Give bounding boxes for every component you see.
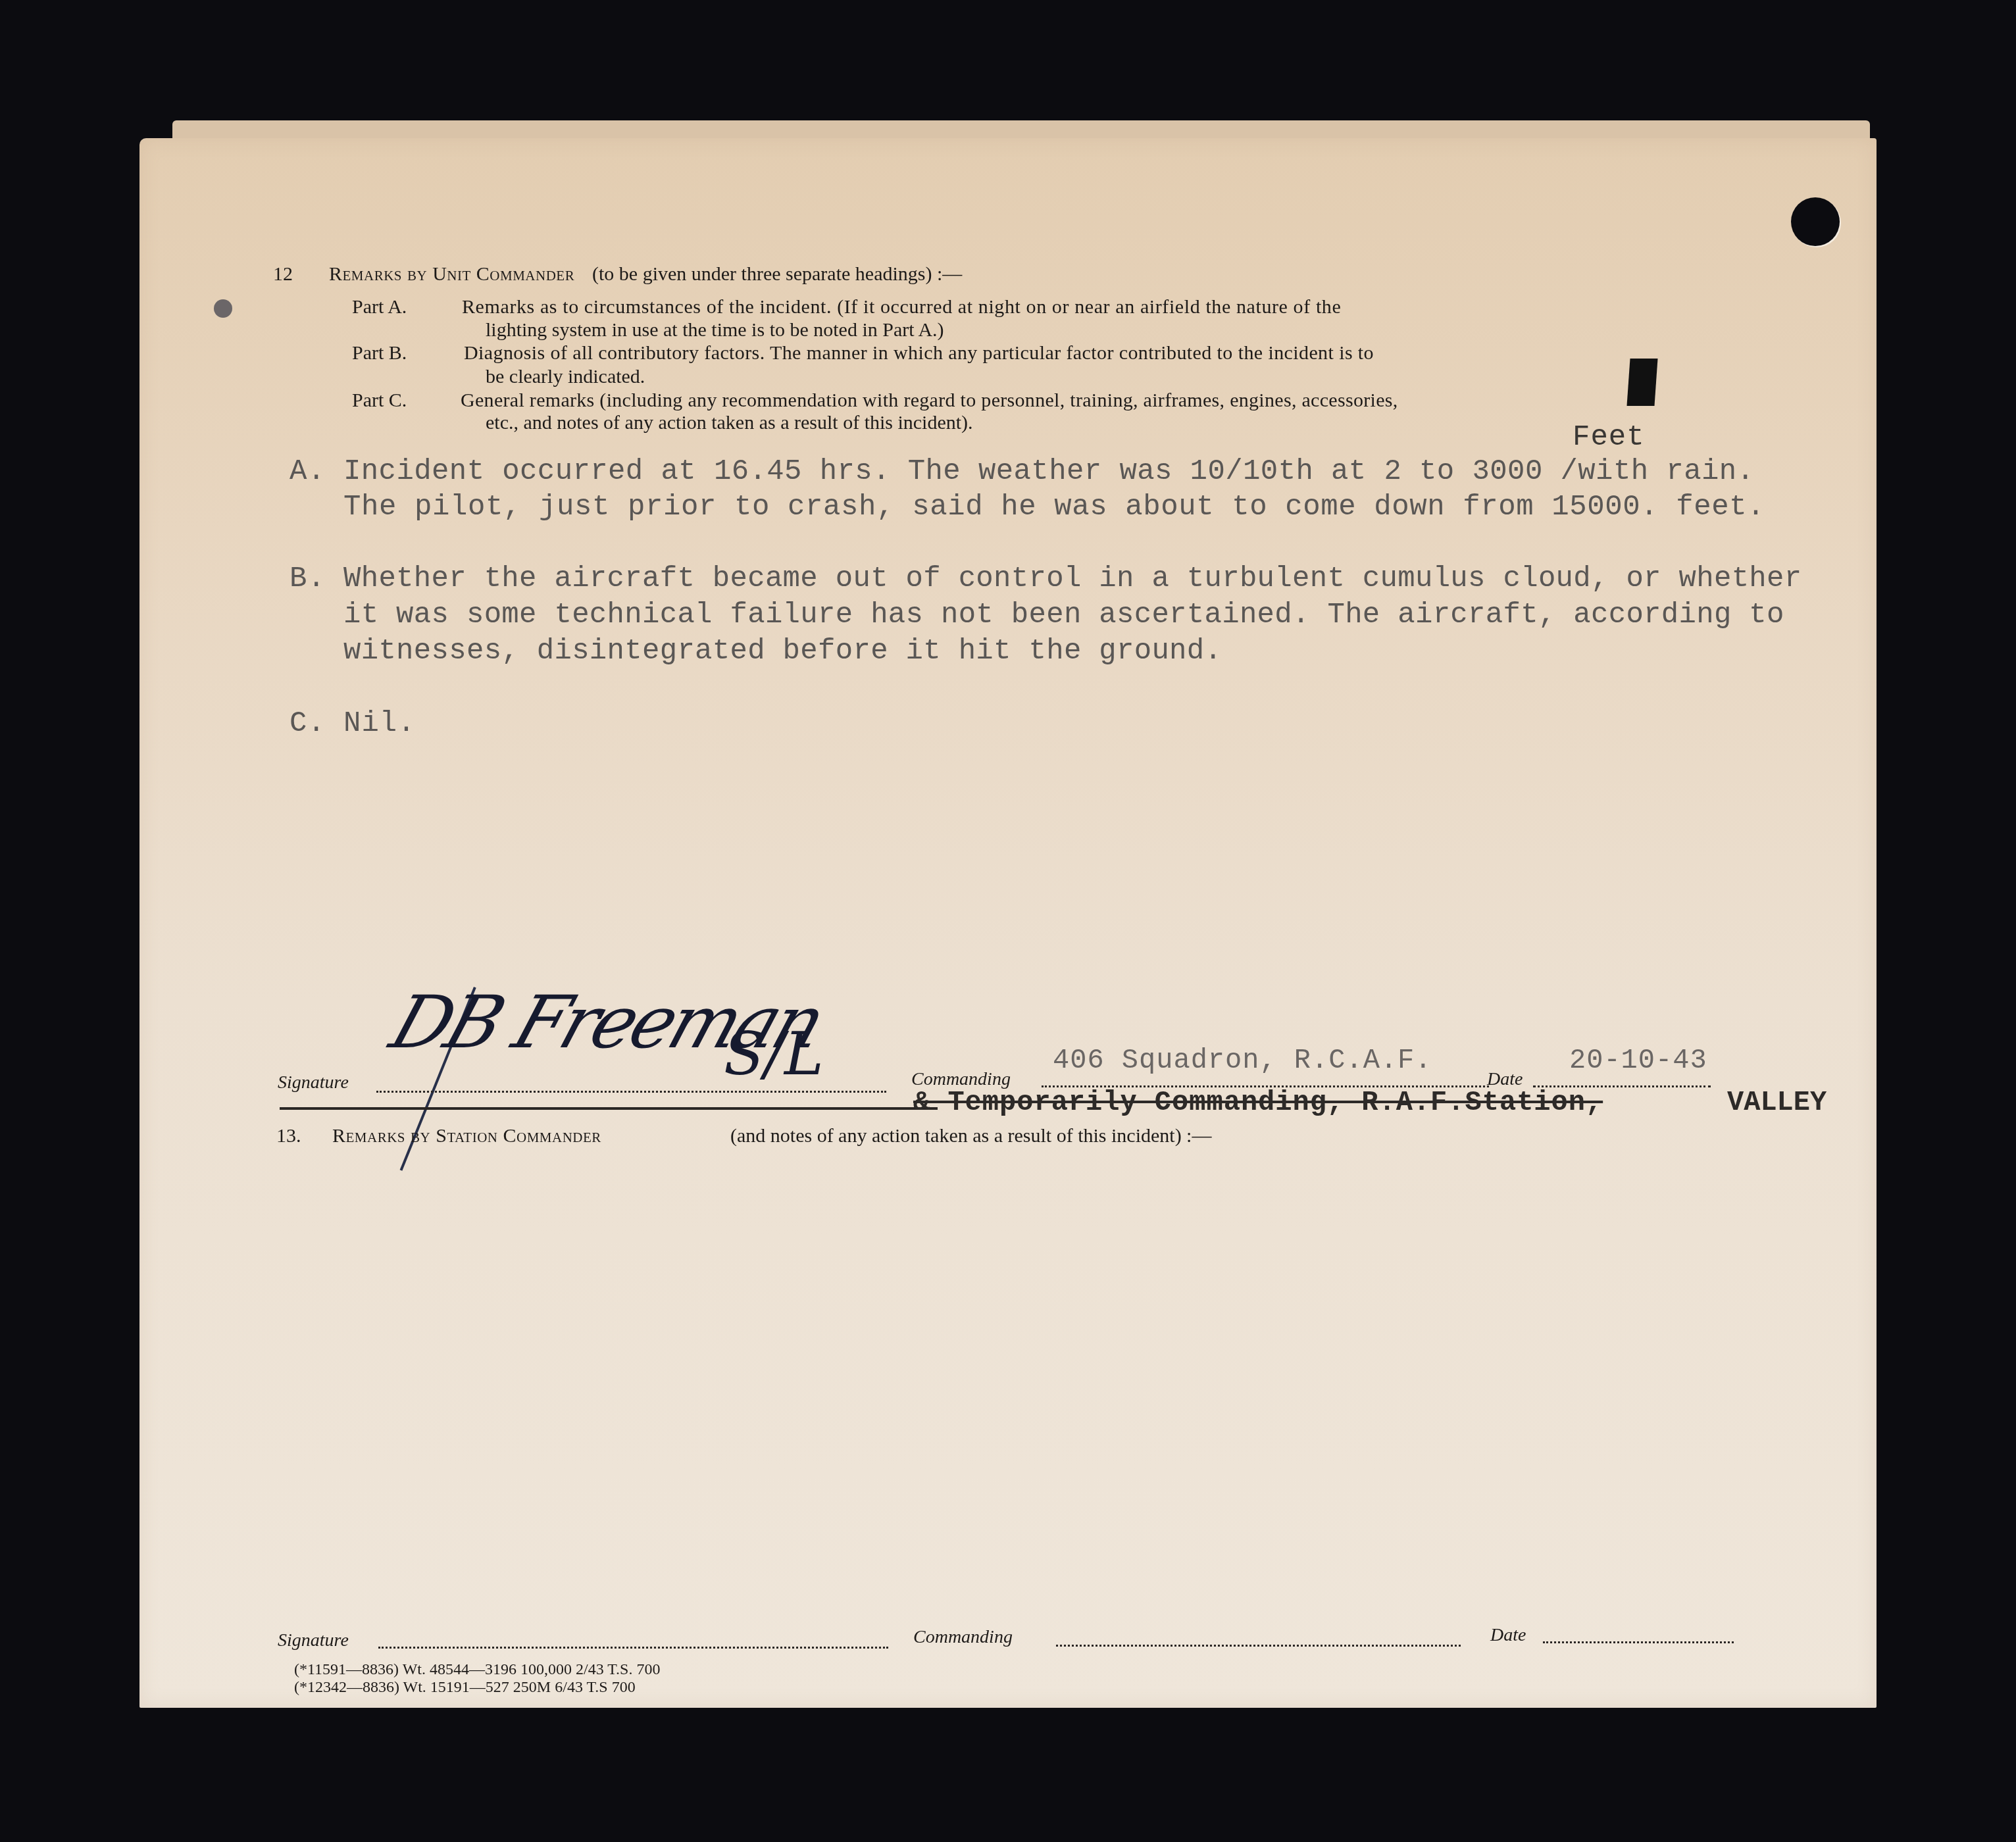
struck-temporary-commanding: & Temporarily Commanding, R.A.F.Station, — [913, 1087, 1603, 1118]
commanding-value: 406 Squadron, R.C.A.F. — [1053, 1045, 1432, 1076]
station-date-label: Date — [1490, 1625, 1526, 1646]
part-b-line1: Diagnosis of all contributory factors. T… — [464, 342, 1374, 364]
print-code-1: (*11591—8836) Wt. 48544—3196 100,000 2/4… — [294, 1661, 660, 1679]
part-c-line2: etc., and notes of any action taken as a… — [486, 412, 973, 434]
station-name: VALLEY — [1727, 1087, 1827, 1118]
tape-mark — [1626, 359, 1657, 406]
station-commanding-line — [1056, 1645, 1461, 1647]
remark-c-label: C. — [290, 707, 326, 740]
part-c-label: Part C. — [352, 389, 407, 412]
part-b-label: Part B. — [352, 342, 407, 364]
ink-spot — [214, 299, 232, 318]
section-13-heading-note: (and notes of any action taken as a resu… — [730, 1125, 1211, 1147]
remark-b-line1: Whether the aircraft became out of contr… — [343, 562, 1802, 595]
remark-a-line1: Incident occurred at 16.45 hrs. The weat… — [343, 455, 1754, 488]
station-commanding-label: Commanding — [913, 1627, 1013, 1648]
part-a-line2: lighting system in use at the time is to… — [486, 319, 944, 341]
print-code-2: (*12342—8836) Wt. 15191—527 250M 6/43 T.… — [294, 1679, 636, 1697]
struck-rule — [280, 1107, 938, 1110]
station-signature-line — [378, 1647, 888, 1649]
remark-a-line2: The pilot, just prior to crash, said he … — [343, 491, 1765, 524]
remark-b-line2: it was some technical failure has not be… — [343, 599, 1784, 632]
section-13-number: 13. — [276, 1125, 301, 1147]
part-a-line1: Remarks as to circumstances of the incid… — [462, 296, 1341, 318]
punch-hole — [1791, 197, 1840, 246]
typed-insertion-feet: Feet — [1573, 421, 1645, 454]
part-a-label: Part A. — [352, 296, 407, 318]
remark-a-label: A. — [290, 455, 326, 488]
handwritten-rank: S/L — [724, 1020, 824, 1089]
station-signature-label: Signature — [278, 1630, 349, 1651]
date-value: 20-10-43 — [1569, 1045, 1707, 1076]
remark-b-line3: witnesses, disintegrated before it hit t… — [343, 635, 1222, 668]
part-b-line2: be clearly indicated. — [486, 366, 645, 388]
section-12-heading-note: (to be given under three separate headin… — [592, 263, 962, 286]
section-12-number: 12 — [273, 263, 293, 286]
part-c-line1: General remarks (including any recommend… — [461, 389, 1398, 412]
station-date-line — [1543, 1641, 1734, 1643]
remark-c-text: Nil. — [343, 707, 416, 740]
form-page — [139, 138, 1877, 1708]
section-12-heading: Remarks by Unit Commander — [329, 263, 574, 286]
signature-label: Signature — [278, 1072, 349, 1093]
section-13-heading: Remarks by Station Commander — [332, 1125, 601, 1147]
remark-b-label: B. — [290, 562, 326, 595]
signature-line — [376, 1091, 886, 1093]
